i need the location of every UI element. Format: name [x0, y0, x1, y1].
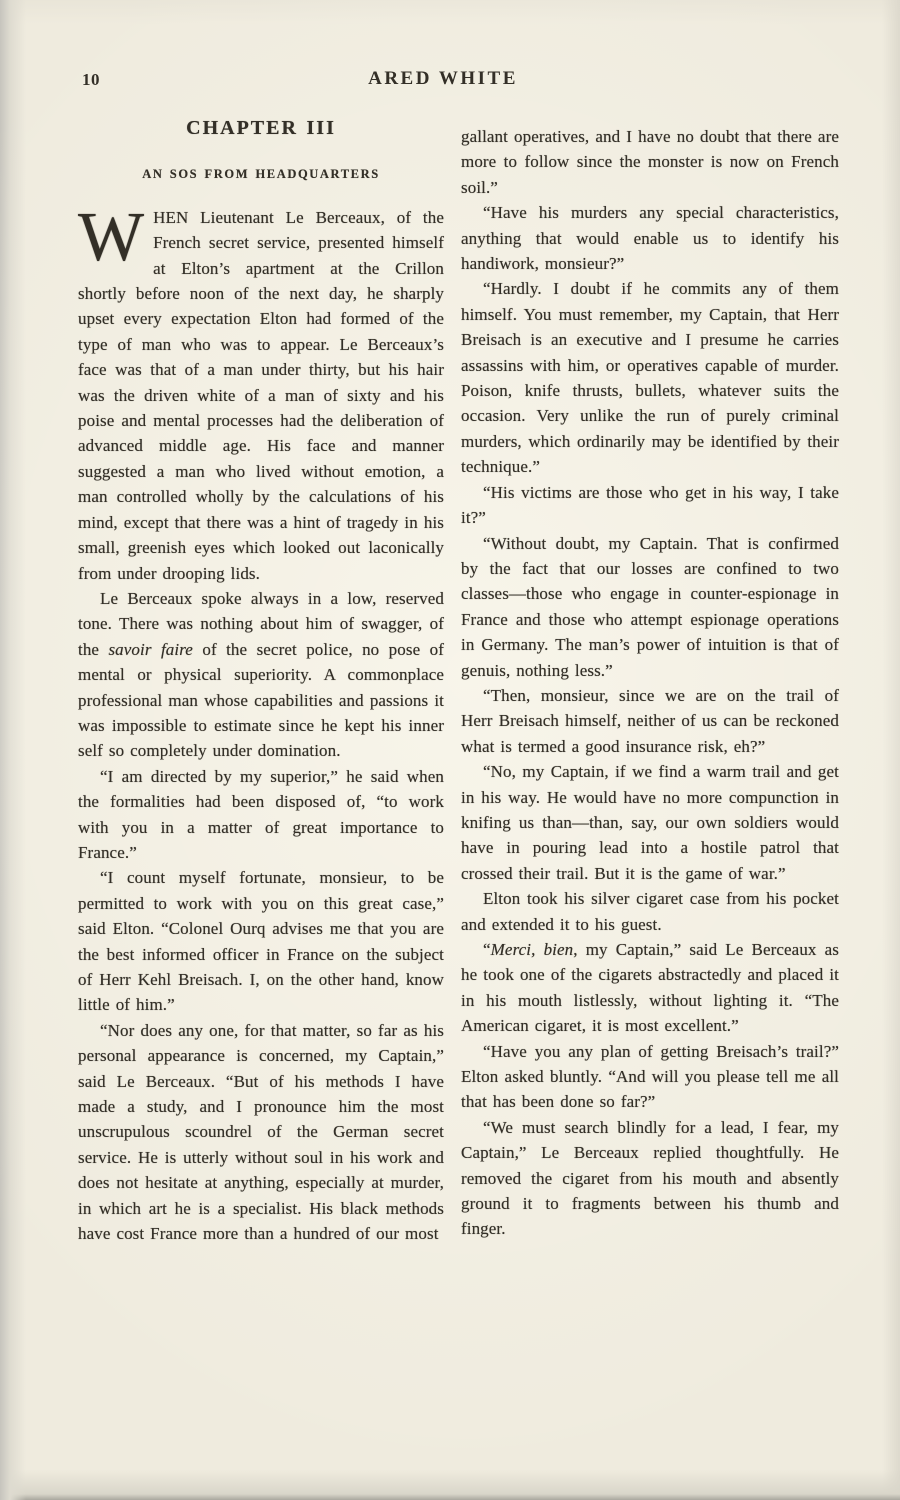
chapter-title: CHAPTER III [78, 116, 444, 141]
text-run: “Then, monsieur, since we are on the tra… [461, 686, 839, 756]
right-column: gallant operatives, and I have no doubt … [461, 124, 839, 1242]
text-run: “I count myself fortunate, monsieur, to … [78, 868, 444, 1014]
text-run: “We must search blindly for a lead, I fe… [461, 1118, 839, 1239]
paragraph: “No, my Captain, if we find a warm trail… [461, 759, 839, 886]
text-run: “Have you any plan of getting Breisach’s… [461, 1042, 839, 1112]
paragraph: “His victims are those who get in his wa… [461, 480, 839, 531]
text-run: “Hardly. I doubt if he commits any of th… [461, 279, 839, 476]
running-header: ARED WHITE [0, 68, 886, 90]
paragraph: “Have his murders any special characteri… [461, 200, 839, 276]
text-run: “Nor does any one, for that matter, so f… [78, 1021, 444, 1243]
italic-text: Merci, bien [491, 940, 574, 959]
text-run: “I am directed by my superior,” he said … [78, 767, 444, 862]
right-column-text: gallant operatives, and I have no doubt … [461, 124, 839, 1242]
left-column: CHAPTER III AN SOS FROM HEADQUARTERS WHE… [78, 116, 444, 1246]
text-run: gallant operatives, and I have no doubt … [461, 127, 839, 197]
book-page: 10 ARED WHITE CHAPTER III AN SOS FROM HE… [0, 0, 900, 1500]
chapter-subtitle: AN SOS FROM HEADQUARTERS [78, 162, 444, 187]
paragraph: “Nor does any one, for that matter, so f… [78, 1018, 444, 1247]
paragraph: Le Berceaux spoke always in a low, reser… [78, 586, 444, 764]
paragraph: “I am directed by my superior,” he said … [78, 764, 444, 866]
paragraph: “Without doubt, my Captain. That is conf… [461, 531, 839, 683]
paragraph: “Hardly. I doubt if he commits any of th… [461, 276, 839, 479]
paragraph: “We must search blindly for a lead, I fe… [461, 1115, 839, 1242]
paragraph: gallant operatives, and I have no doubt … [461, 124, 839, 200]
paragraph: WHEN Lieutenant Le Berceaux, of the Fren… [78, 205, 444, 586]
text-run: “No, my Captain, if we find a warm trail… [461, 762, 839, 883]
paragraph: “Merci, bien, my Captain,” said Le Berce… [461, 937, 839, 1039]
drop-cap: W [78, 205, 153, 266]
text-run: “His victims are those who get in his wa… [461, 483, 839, 527]
left-column-text: WHEN Lieutenant Le Berceaux, of the Fren… [78, 205, 444, 1247]
paragraph: Elton took his silver cigaret case from … [461, 886, 839, 937]
text-run: Elton took his silver cigaret case from … [461, 889, 839, 933]
text-run: “Have his murders any special characteri… [461, 203, 839, 273]
paragraph: “Then, monsieur, since we are on the tra… [461, 683, 839, 759]
paragraph: “I count myself fortunate, monsieur, to … [78, 865, 444, 1017]
paragraph: “Have you any plan of getting Breisach’s… [461, 1039, 839, 1115]
text-run: “Without doubt, my Captain. That is conf… [461, 534, 839, 680]
text-run: “ [483, 940, 491, 959]
italic-text: savoir faire [108, 640, 192, 659]
